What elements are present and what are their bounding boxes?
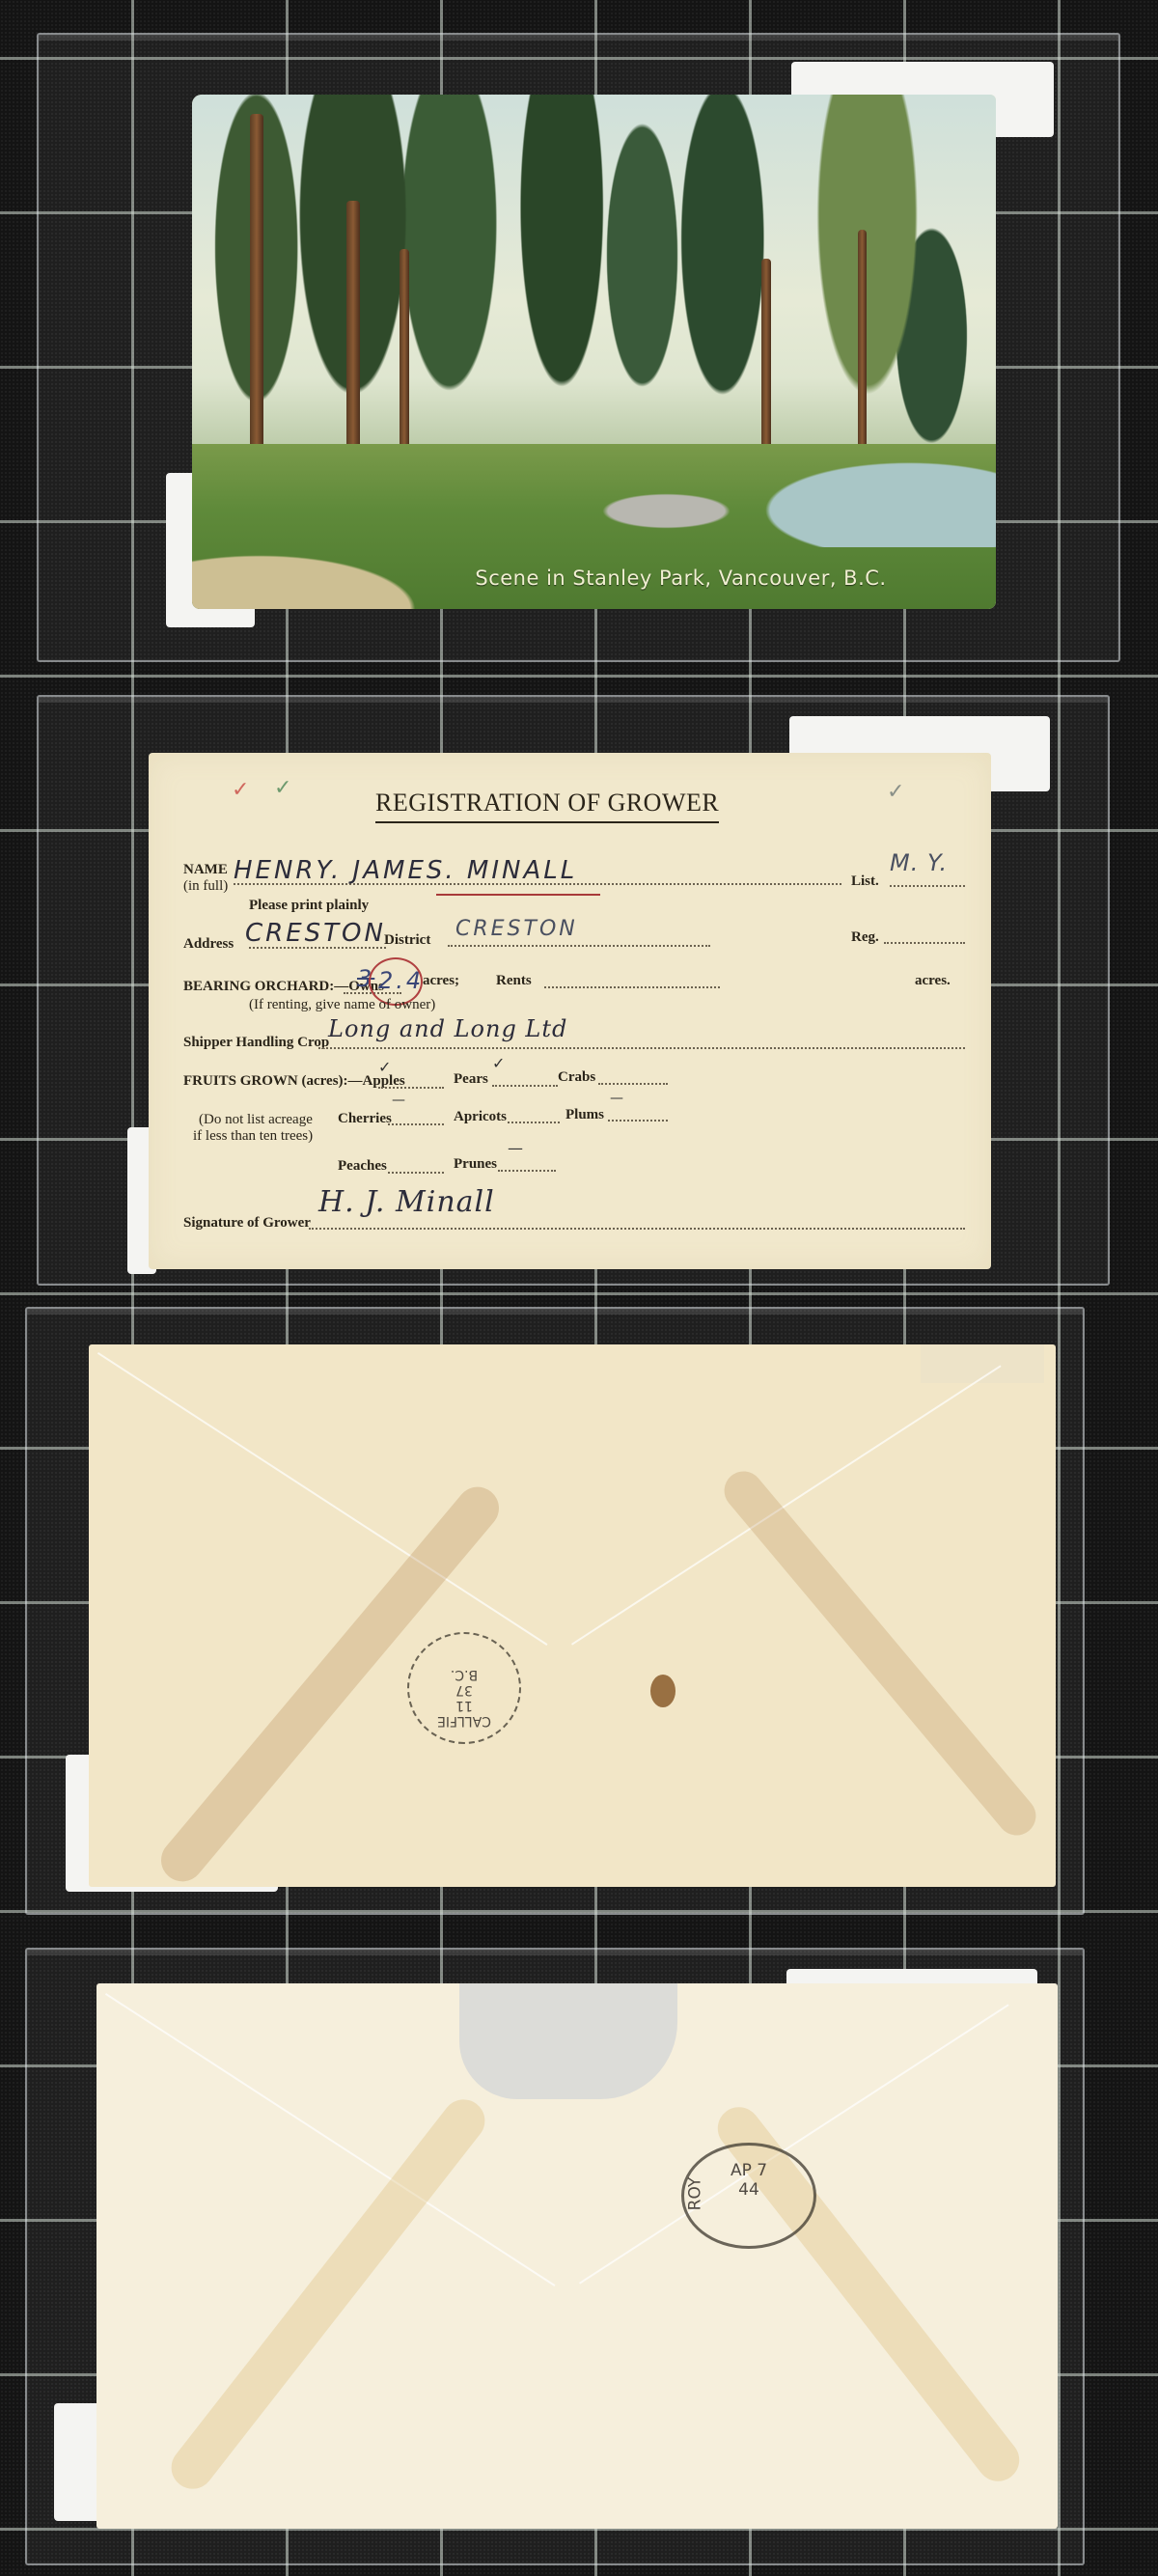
apricots-label: Apricots	[454, 1109, 507, 1125]
prunes-field-line	[498, 1170, 556, 1172]
name-underline-red	[436, 894, 600, 896]
name-hint: Please print plainly	[249, 898, 369, 914]
shipper-label: Shipper Handling Crop	[183, 1035, 329, 1051]
rents-field-line	[544, 986, 720, 988]
district-label: District	[384, 932, 430, 949]
cherries-tick-icon: —	[392, 1093, 405, 1108]
tree-trunk	[250, 114, 263, 490]
postcard-water	[706, 455, 996, 547]
prunes-label: Prunes	[454, 1156, 497, 1173]
district-field-line	[448, 945, 710, 947]
gray-check-icon: ✓	[887, 780, 904, 804]
plums-field-line	[608, 1120, 668, 1122]
apples-tick-icon: ✓	[378, 1058, 391, 1076]
address-label: Address	[183, 936, 234, 953]
apricots-field-line	[508, 1122, 560, 1123]
prunes-tick-icon: —	[508, 1139, 523, 1157]
renting-hint: (If renting, give name of owner)	[249, 997, 435, 1013]
peaches-label: Peaches	[338, 1158, 387, 1175]
postcard-caption: Scene in Stanley Park, Vancouver, B.C.	[192, 567, 996, 590]
plums-tick-icon: —	[610, 1091, 623, 1106]
envelope-glue-stain	[163, 2091, 494, 2497]
name-label-text: NAME	[183, 862, 228, 877]
peaches-field-line	[388, 1172, 444, 1174]
fruits-grown-label: FRUITS GROWN (acres):—Apples	[183, 1073, 405, 1090]
postmark-envelope-1: CALLFIE 11 37 B.C.	[407, 1632, 521, 1744]
acres-label-1: acres;	[423, 973, 459, 989]
plums-label: Plums	[565, 1107, 604, 1123]
crabs-label: Crabs	[558, 1069, 595, 1086]
list-field-line	[890, 885, 965, 887]
postmark-line-3: 11	[409, 1698, 519, 1713]
registration-card: ✓ ✓ ✓ REGISTRATION OF GROWER NAME (in fu…	[149, 753, 991, 1269]
envelope-2-back: ROY AP 7 44	[96, 1983, 1058, 2529]
cherries-field-line	[388, 1123, 444, 1125]
cherries-label: Cherries	[338, 1111, 392, 1127]
envelope-glue-stain	[716, 1463, 1043, 1842]
green-check-icon: ✓	[274, 776, 291, 800]
shipper-field-line	[318, 1047, 965, 1049]
envelope-flap-tear	[459, 1983, 677, 2099]
district-value: CRESTON	[455, 917, 578, 941]
postmark-line-2: 37	[409, 1682, 519, 1698]
pears-tick-icon: ✓	[492, 1054, 505, 1072]
pears-field-line	[492, 1085, 558, 1087]
acres-label-2: acres.	[915, 973, 951, 989]
pears-label: Pears	[454, 1071, 488, 1088]
name-sublabel: (in full)	[183, 878, 228, 894]
reg-field-line	[884, 942, 965, 944]
envelope-flap-crease	[571, 1365, 1002, 1645]
reg-label: Reg.	[851, 929, 879, 946]
name-label: NAME (in full)	[183, 862, 228, 895]
acreage-note-line-2: if less than ten trees)	[193, 1128, 313, 1145]
apples-field-line	[378, 1087, 444, 1089]
acreage-note-line-1: (Do not list acreage	[199, 1112, 313, 1128]
card-title: REGISTRATION OF GROWER	[375, 789, 719, 823]
postmark-town: CALLFIE	[409, 1713, 519, 1729]
red-check-icon: ✓	[232, 778, 249, 802]
postcard-trees	[192, 95, 996, 496]
address-value: CRESTON	[245, 919, 386, 948]
ink-spot	[650, 1675, 675, 1707]
signature-field-line	[309, 1228, 965, 1230]
tree-trunk	[858, 230, 867, 452]
list-value: M. Y.	[890, 849, 948, 876]
postcard-path	[192, 496, 530, 609]
signature-label: Signature of Grower	[183, 1215, 311, 1232]
postcard-stanley-park: Scene in Stanley Park, Vancouver, B.C.	[192, 95, 996, 609]
signature-value: H. J. Minall	[318, 1185, 495, 1219]
tree-trunk	[346, 201, 360, 481]
postmark-line-1: B.C.	[409, 1667, 519, 1682]
tree-trunk	[761, 259, 771, 471]
shipper-value: Long and Long Ltd	[328, 1015, 567, 1042]
name-value: HENRY. JAMES. MINALL	[234, 856, 577, 885]
postmark-town: ROY	[685, 2177, 704, 2211]
postmark-envelope-2: ROY AP 7 44	[681, 2143, 816, 2249]
crabs-field-line	[598, 1083, 668, 1085]
envelope-1-back: CALLFIE 11 37 B.C.	[89, 1344, 1056, 1887]
rents-label: Rents	[496, 973, 532, 989]
list-label: List.	[851, 873, 879, 890]
